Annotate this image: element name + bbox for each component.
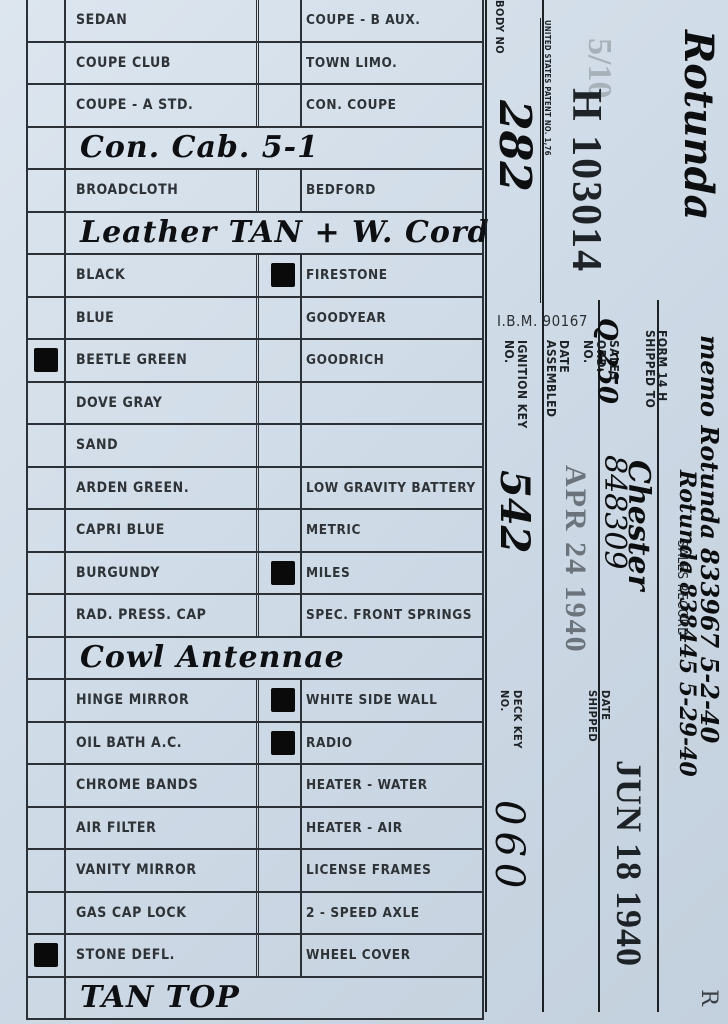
option-row: ARDEN GREEN.LOW GRAVITY BATTERY: [26, 468, 484, 511]
filled-square-mark-icon: [271, 263, 295, 287]
option-label: GOODYEAR: [306, 310, 386, 326]
option-label: COUPE - B AUX.: [306, 12, 421, 28]
option-cell-right: LICENSE FRAMES: [300, 850, 484, 891]
option-row: BROADCLOTHBEDFORD: [26, 170, 484, 213]
option-cell-right: GOODRICH: [300, 340, 484, 381]
option-label: MILES: [306, 565, 350, 581]
mid-check-cell[interactable]: [256, 765, 300, 806]
option-cell-left: HINGE MIRROR: [64, 680, 256, 721]
left-check-cell[interactable]: [26, 170, 64, 211]
left-check-cell[interactable]: [26, 978, 64, 1019]
left-check-cell[interactable]: [26, 425, 64, 466]
left-check-cell[interactable]: [26, 0, 64, 41]
option-row: HINGE MIRRORWHITE SIDE WALL: [26, 680, 484, 723]
option-cell-left: VANITY MIRROR: [64, 850, 256, 891]
left-check-cell[interactable]: [26, 680, 64, 721]
option-label: VANITY MIRROR: [76, 862, 197, 878]
option-row: AIR FILTERHEATER - AIR: [26, 808, 484, 851]
left-check-cell[interactable]: [26, 893, 64, 934]
options-grid: SEDANCOUPE - B AUX.COUPE CLUBTOWN LIMO.C…: [26, 0, 484, 1012]
left-check-cell[interactable]: [26, 723, 64, 764]
mid-check-cell[interactable]: [256, 850, 300, 891]
left-check-cell[interactable]: [26, 340, 64, 381]
option-row: CAPRI BLUEMETRIC: [26, 510, 484, 553]
option-cell-right: TOWN LIMO.: [300, 43, 484, 84]
option-label: SPEC. FRONT SPRINGS: [306, 607, 472, 623]
mid-check-cell[interactable]: [256, 170, 300, 211]
handwritten-row: Con. Cab. 5-1: [26, 128, 484, 171]
left-check-cell[interactable]: [26, 85, 64, 126]
mid-check-cell[interactable]: [256, 340, 300, 381]
option-cell-left: BROADCLOTH: [64, 170, 256, 211]
mid-check-cell[interactable]: [256, 808, 300, 849]
left-check-cell[interactable]: [26, 808, 64, 849]
option-cell-left: BLACK: [64, 255, 256, 296]
mid-check-cell[interactable]: [256, 43, 300, 84]
option-label: BEETLE GREEN: [76, 352, 187, 368]
option-cell-right: [300, 425, 484, 466]
option-label: GOODRICH: [306, 352, 384, 368]
option-label: CHROME BANDS: [76, 777, 198, 793]
option-label: BURGUNDY: [76, 565, 160, 581]
mid-check-cell[interactable]: [256, 893, 300, 934]
option-row: SEDANCOUPE - B AUX.: [26, 0, 484, 43]
option-label: LOW GRAVITY BATTERY: [306, 480, 476, 496]
date-assembled-value: APR 24 1940: [558, 465, 592, 654]
mid-check-cell[interactable]: [256, 510, 300, 551]
option-cell-left: CHROME BANDS: [64, 765, 256, 806]
option-label: BLACK: [76, 267, 125, 283]
option-label: FIRESTONE: [306, 267, 388, 283]
option-cell-left: STONE DEFL.: [64, 935, 256, 976]
option-label: HINGE MIRROR: [76, 692, 189, 708]
option-cell-right: COUPE - B AUX.: [300, 0, 484, 41]
option-row: GAS CAP LOCK2 - SPEED AXLE: [26, 893, 484, 936]
handwritten-cell: Con. Cab. 5-1: [64, 128, 484, 169]
deck-key-value: 060: [486, 800, 532, 894]
filled-square-mark-icon: [271, 688, 295, 712]
option-cell-left: OIL BATH A.C.: [64, 723, 256, 764]
option-label: SAND: [76, 437, 118, 453]
left-check-cell[interactable]: [26, 298, 64, 339]
filled-square-mark-icon: [34, 943, 58, 967]
option-row: BURGUNDYMILES: [26, 553, 484, 596]
handwritten-note: Cowl Antennae: [80, 640, 345, 675]
option-label: OIL BATH A.C.: [76, 735, 182, 751]
option-label: STONE DEFL.: [76, 947, 175, 963]
handwritten-cell: Cowl Antennae: [64, 638, 484, 679]
option-cell-left: CAPRI BLUE: [64, 510, 256, 551]
date-assembled-label: DATE ASSEMBLED: [544, 340, 570, 430]
filled-square-mark-icon: [34, 348, 58, 372]
option-cell-right: WHITE SIDE WALL: [300, 680, 484, 721]
patent-text: UNITED STATES PATENT NO. 1,76: [541, 20, 554, 156]
option-cell-left: BLUE: [64, 298, 256, 339]
option-cell-right: GOODYEAR: [300, 298, 484, 339]
option-row: BLUEGOODYEAR: [26, 298, 484, 341]
option-row: BLACKFIRESTONE: [26, 255, 484, 298]
sales-ord-extra: Q 250: [592, 318, 622, 404]
ignition-key-value: 542: [491, 470, 538, 554]
option-label: BEDFORD: [306, 182, 376, 198]
left-check-cell[interactable]: [26, 510, 64, 551]
left-check-cell[interactable]: [26, 850, 64, 891]
mid-check-cell[interactable]: [256, 0, 300, 41]
option-cell-right: BEDFORD: [300, 170, 484, 211]
handwritten-note: Leather TAN + W. Cord: [80, 215, 490, 250]
handwritten-row: TAN TOP: [26, 978, 484, 1021]
mid-check-cell[interactable]: [256, 680, 300, 721]
option-cell-right: WHEEL COVER: [300, 935, 484, 976]
date-shipped-label: DATE SHIPPED: [586, 690, 612, 760]
option-cell-left: AIR FILTER: [64, 808, 256, 849]
date-shipped-value: JUN 18 1940: [608, 760, 650, 967]
option-label: BLUE: [76, 310, 114, 326]
option-label: DOVE GRAY: [76, 395, 163, 411]
option-label: BROADCLOTH: [76, 182, 178, 198]
option-cell-right: METRIC: [300, 510, 484, 551]
body-no-value: 282: [489, 100, 540, 192]
option-cell-right: MILES: [300, 553, 484, 594]
option-cell-left: RAD. PRESS. CAP: [64, 595, 256, 636]
filled-square-mark-icon: [271, 561, 295, 585]
option-label: CON. COUPE: [306, 97, 397, 113]
left-check-cell[interactable]: [26, 213, 64, 254]
left-check-cell[interactable]: [26, 255, 64, 296]
left-check-cell[interactable]: [26, 128, 64, 169]
mid-check-cell[interactable]: [256, 85, 300, 126]
handwritten-note: Con. Cab. 5-1: [80, 130, 319, 165]
left-check-cell[interactable]: [26, 553, 64, 594]
left-check-cell[interactable]: [26, 595, 64, 636]
option-label: ARDEN GREEN.: [76, 480, 189, 496]
option-cell-left: ARDEN GREEN.: [64, 468, 256, 509]
option-cell-right: FIRESTONE: [300, 255, 484, 296]
option-label: WHITE SIDE WALL: [306, 692, 437, 708]
option-label: LICENSE FRAMES: [306, 862, 432, 878]
option-cell-left: SAND: [64, 425, 256, 466]
option-row: COUPE CLUBTOWN LIMO.: [26, 43, 484, 86]
option-label: METRIC: [306, 522, 361, 538]
option-label: 2 - SPEED AXLE: [306, 905, 420, 921]
option-label: AIR FILTER: [76, 820, 156, 836]
mid-check-cell[interactable]: [256, 935, 300, 976]
left-check-cell[interactable]: [26, 43, 64, 84]
option-cell-right: CON. COUPE: [300, 85, 484, 126]
handwritten-cell: TAN TOP: [64, 978, 484, 1019]
divider: [598, 300, 600, 1012]
option-cell-right: 2 - SPEED AXLE: [300, 893, 484, 934]
option-cell-left: DOVE GRAY: [64, 383, 256, 424]
option-label: RADIO: [306, 735, 353, 751]
handwritten-row: Cowl Antennae: [26, 638, 484, 681]
option-label: HEATER - AIR: [306, 820, 403, 836]
left-check-cell[interactable]: [26, 638, 64, 679]
option-label: SEDAN: [76, 12, 127, 28]
corner-mark: R: [696, 989, 721, 1006]
option-row: SAND: [26, 425, 484, 468]
mid-check-cell[interactable]: [256, 553, 300, 594]
option-row: STONE DEFL.WHEEL COVER: [26, 935, 484, 978]
option-label: CAPRI BLUE: [76, 522, 165, 538]
option-cell-right: SPEC. FRONT SPRINGS: [300, 595, 484, 636]
mid-check-cell[interactable]: [256, 383, 300, 424]
option-label: WHEEL COVER: [306, 947, 411, 963]
mid-check-cell[interactable]: [256, 425, 300, 466]
left-check-cell[interactable]: [26, 765, 64, 806]
filled-square-mark-icon: [271, 731, 295, 755]
option-cell-right: LOW GRAVITY BATTERY: [300, 468, 484, 509]
build-card: SEDANCOUPE - B AUX.COUPE CLUBTOWN LIMO.C…: [0, 0, 728, 1024]
option-label: COUPE CLUB: [76, 55, 171, 71]
serial-number: H 103014: [562, 88, 610, 273]
option-cell-right: HEATER - WATER: [300, 765, 484, 806]
option-cell-left: BURGUNDY: [64, 553, 256, 594]
shipped-to-label: SHIPPED TO: [643, 330, 656, 408]
option-cell-right: HEATER - AIR: [300, 808, 484, 849]
mid-check-cell[interactable]: [256, 468, 300, 509]
handwritten-row: Leather TAN + W. Cord: [26, 213, 484, 256]
option-label: RAD. PRESS. CAP: [76, 607, 207, 623]
option-label: GAS CAP LOCK: [76, 905, 187, 921]
option-cell-left: GAS CAP LOCK: [64, 893, 256, 934]
option-row: VANITY MIRRORLICENSE FRAMES: [26, 850, 484, 893]
ignition-key-label: IGNITION KEY NO.: [502, 340, 528, 430]
left-check-cell[interactable]: [26, 383, 64, 424]
option-cell-left: COUPE - A STD.: [64, 85, 256, 126]
sales-record-label: SALES RECORD: [675, 540, 688, 637]
handwritten-note: TAN TOP: [80, 980, 240, 1015]
left-check-cell[interactable]: [26, 935, 64, 976]
option-row: DOVE GRAY: [26, 383, 484, 426]
option-row: COUPE - A STD.CON. COUPE: [26, 85, 484, 128]
dealer-signature: Rotunda: [675, 30, 722, 220]
mid-check-cell[interactable]: [256, 255, 300, 296]
option-row: BEETLE GREENGOODRICH: [26, 340, 484, 383]
option-row: CHROME BANDSHEATER - WATER: [26, 765, 484, 808]
left-check-cell[interactable]: [26, 468, 64, 509]
ibm-number: I.B.M. 90167: [497, 315, 588, 328]
option-cell-right: RADIO: [300, 723, 484, 764]
option-row: OIL BATH A.C.RADIO: [26, 723, 484, 766]
body-no-label: BODY NO: [493, 0, 506, 54]
option-cell-left: COUPE CLUB: [64, 43, 256, 84]
option-label: HEATER - WATER: [306, 777, 428, 793]
deck-key-label: DECK KEY NO.: [498, 690, 524, 750]
option-label: TOWN LIMO.: [306, 55, 397, 71]
option-row: RAD. PRESS. CAPSPEC. FRONT SPRINGS: [26, 595, 484, 638]
mid-check-cell[interactable]: [256, 723, 300, 764]
option-cell-left: BEETLE GREEN: [64, 340, 256, 381]
handwritten-cell: Leather TAN + W. Cord: [64, 213, 484, 254]
divider: [657, 300, 659, 1012]
shipped-to-value: Chester: [621, 460, 656, 590]
option-cell-right: [300, 383, 484, 424]
option-label: COUPE - A STD.: [76, 97, 193, 113]
mid-check-cell[interactable]: [256, 298, 300, 339]
mid-check-cell[interactable]: [256, 595, 300, 636]
option-cell-left: SEDAN: [64, 0, 256, 41]
